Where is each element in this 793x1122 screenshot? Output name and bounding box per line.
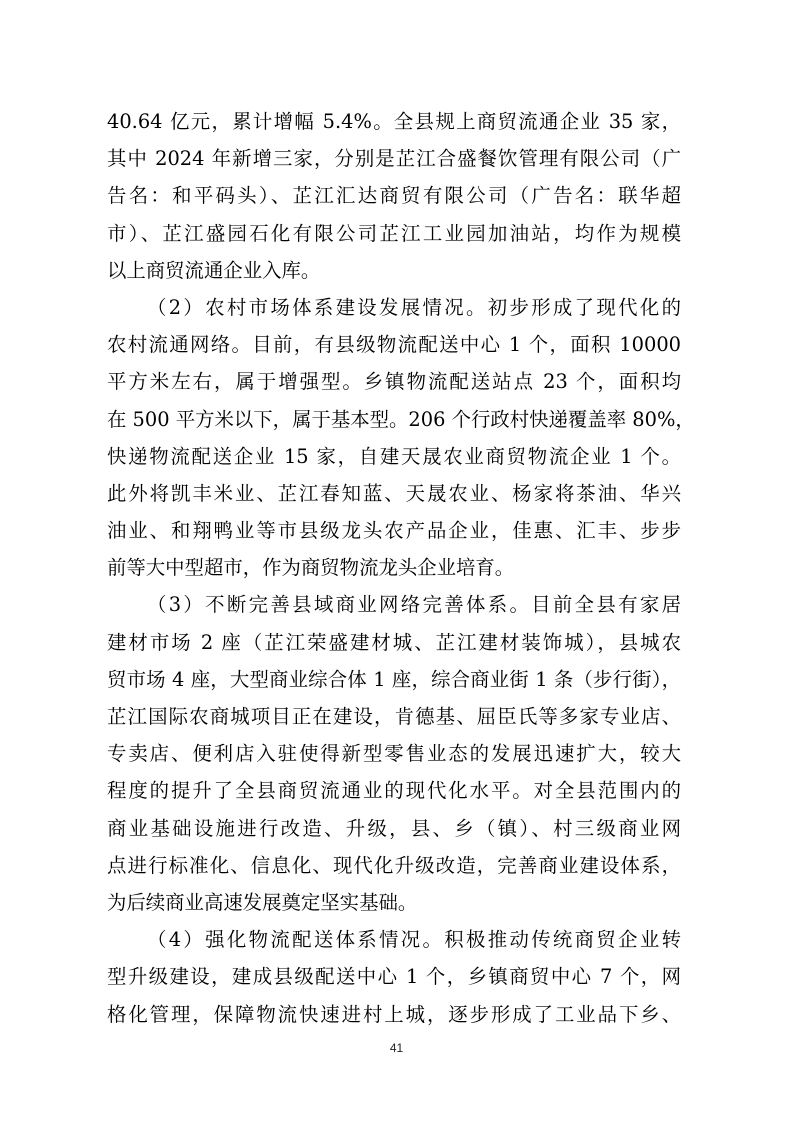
text-line: 前等大中型超市，作为商贸物流龙头企业培育。 (107, 549, 681, 586)
text-line: 专卖店、便利店入驻使得新型零售业态的发展迅速扩大，较大 (107, 735, 681, 772)
text-line: 点进行标准化、信息化、现代化升级改造，完善商业建设体系， (107, 847, 681, 884)
text-line: 型升级建设，建成县级配送中心 1 个，乡镇商贸中心 7 个，网 (107, 958, 681, 995)
text-line: 芷江国际农商城项目正在建设，肯德基、屈臣氏等多家专业店、 (107, 698, 681, 735)
page-number: 41 (0, 1041, 793, 1055)
text-line: （2）农村市场体系建设发展情况。初步形成了现代化的 (107, 289, 681, 326)
text-line: 告名：和平码头）、芷江汇达商贸有限公司（广告名：联华超 (107, 177, 681, 214)
text-line: 市）、芷江盛园石化有限公司芷江工业园加油站，均作为规模 (107, 215, 681, 252)
text-line: 平方米左右，属于增强型。乡镇物流配送站点 23 个，面积均 (107, 363, 681, 400)
paragraph-logistics: （4）强化物流配送体系情况。积极推动传统商贸企业转 型升级建设，建成县级配送中心… (107, 921, 681, 1033)
text-line: 其中 2024 年新增三家，分别是芷江合盛餐饮管理有限公司（广 (107, 140, 681, 177)
text-line: 格化管理，保障物流快速进村上城，逐步形成了工业品下乡、 (107, 996, 681, 1033)
document-page: 40.64 亿元，累计增幅 5.4%。全县规上商贸流通企业 35 家， 其中 2… (0, 0, 793, 1122)
text-line: 程度的提升了全县商贸流通业的现代化水平。对全县范围内的 (107, 772, 681, 809)
paragraph-rural-market: （2）农村市场体系建设发展情况。初步形成了现代化的 农村流通网络。目前，有县级物… (107, 289, 681, 587)
text-line: 为后续商业高速发展奠定坚实基础。 (107, 884, 681, 921)
text-line: 油业、和翔鸭业等市县级龙头农产品企业，佳惠、汇丰、步步 (107, 512, 681, 549)
text-line: 贸市场 4 座，大型商业综合体 1 座，综合商业街 1 条（步行街）， (107, 661, 681, 698)
paragraph-commerce-network: （3）不断完善县域商业网络完善体系。目前全县有家居 建材市场 2 座（芷江荣盛建… (107, 586, 681, 921)
text-line: 以上商贸流通企业入库。 (107, 252, 681, 289)
text-line: 在 500 平方米以下，属于基本型。206 个行政村快递覆盖率 80%， (107, 401, 681, 438)
text-line: 建材市场 2 座（芷江荣盛建材城、芷江建材装饰城），县城农 (107, 624, 681, 661)
text-line: （3）不断完善县域商业网络完善体系。目前全县有家居 (107, 586, 681, 623)
body-text: 40.64 亿元，累计增幅 5.4%。全县规上商贸流通企业 35 家， 其中 2… (107, 103, 681, 1033)
text-line: （4）强化物流配送体系情况。积极推动传统商贸企业转 (107, 921, 681, 958)
text-line: 此外将凯丰米业、芷江春知蓝、天晟农业、杨家将茶油、华兴 (107, 475, 681, 512)
text-line: 农村流通网络。目前，有县级物流配送中心 1 个，面积 10000 (107, 326, 681, 363)
text-line: 40.64 亿元，累计增幅 5.4%。全县规上商贸流通企业 35 家， (107, 103, 681, 140)
paragraph-continuation: 40.64 亿元，累计增幅 5.4%。全县规上商贸流通企业 35 家， 其中 2… (107, 103, 681, 289)
text-line: 快递物流配送企业 15 家，自建天晟农业商贸物流企业 1 个。 (107, 438, 681, 475)
text-line: 商业基础设施进行改造、升级，县、乡（镇）、村三级商业网 (107, 810, 681, 847)
